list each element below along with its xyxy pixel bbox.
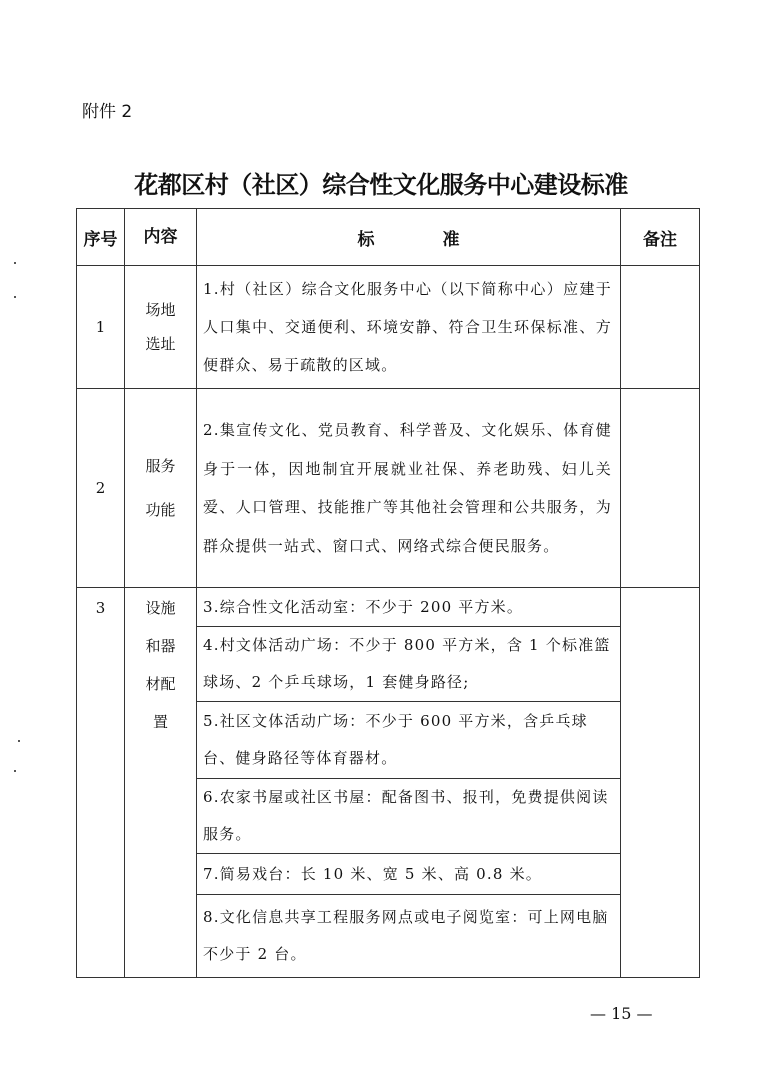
header-content: 内容 xyxy=(125,209,197,266)
row-content: 场地 选址 xyxy=(125,266,197,389)
sub-item: 6.农家书屋或社区书屋：配备图书、报刊，免费提供阅读服务。 xyxy=(197,779,620,854)
row-remark xyxy=(621,389,700,588)
header-no: 序号 xyxy=(77,209,125,266)
row-content: 设施 和器 材配 置 xyxy=(125,588,197,978)
standards-table: 序号 内容 标 准 备注 1 场地 选址 1.村（社区）综合文化服务中心（以下简… xyxy=(76,208,700,978)
scan-speck xyxy=(14,770,16,772)
row-standard: 2.集宣传文化、党员教育、科学普及、文化娱乐、体育健身于一体，因地制宜开展就业社… xyxy=(197,389,621,588)
sub-item: 8.文化信息共享工程服务网点或电子阅览室：可上网电脑不少于 2 台。 xyxy=(197,895,620,978)
scan-speck xyxy=(14,296,16,298)
scan-speck xyxy=(14,262,16,264)
row-remark xyxy=(621,266,700,389)
row-no: 1 xyxy=(77,266,125,389)
table-row: 3 设施 和器 材配 置 3.综合性文化活动室：不少于 200 平方米。 4.村… xyxy=(77,588,700,978)
table-header-row: 序号 内容 标 准 备注 xyxy=(77,209,700,266)
row-no: 3 xyxy=(77,588,125,978)
row-standard: 1.村（社区）综合文化服务中心（以下简称中心）应建于人口集中、交通便利、环境安静… xyxy=(197,266,621,389)
row-content: 服务 功能 xyxy=(125,389,197,588)
sub-items: 3.综合性文化活动室：不少于 200 平方米。 4.村文体活动广场：不少于 80… xyxy=(197,588,620,977)
row-no: 2 xyxy=(77,389,125,588)
sub-item: 7.简易戏台：长 10 米、宽 5 米、高 0.8 米。 xyxy=(197,854,620,895)
sub-item: 4.村文体活动广场：不少于 800 平方米，含 1 个标准篮球场、2 个乒乓球场… xyxy=(197,627,620,702)
sub-item: 5.社区文体活动广场：不少于 600 平方米，含乒乓球台、健身路径等体育器材。 xyxy=(197,702,620,779)
attachment-label: 附件 2 xyxy=(82,97,132,122)
table-row: 2 服务 功能 2.集宣传文化、党员教育、科学普及、文化娱乐、体育健身于一体，因… xyxy=(77,389,700,588)
scan-speck xyxy=(18,740,20,742)
header-remark: 备注 xyxy=(621,209,700,266)
table-row: 1 场地 选址 1.村（社区）综合文化服务中心（以下简称中心）应建于人口集中、交… xyxy=(77,266,700,389)
sub-item: 3.综合性文化活动室：不少于 200 平方米。 xyxy=(197,588,620,627)
row-remark xyxy=(621,588,700,978)
row-standard-list: 3.综合性文化活动室：不少于 200 平方米。 4.村文体活动广场：不少于 80… xyxy=(197,588,621,978)
page-number: — 15 — xyxy=(590,1004,653,1023)
document-title: 花都区村（社区）综合性文化服务中心建设标准 xyxy=(0,165,762,200)
header-standard: 标 准 xyxy=(197,209,621,266)
